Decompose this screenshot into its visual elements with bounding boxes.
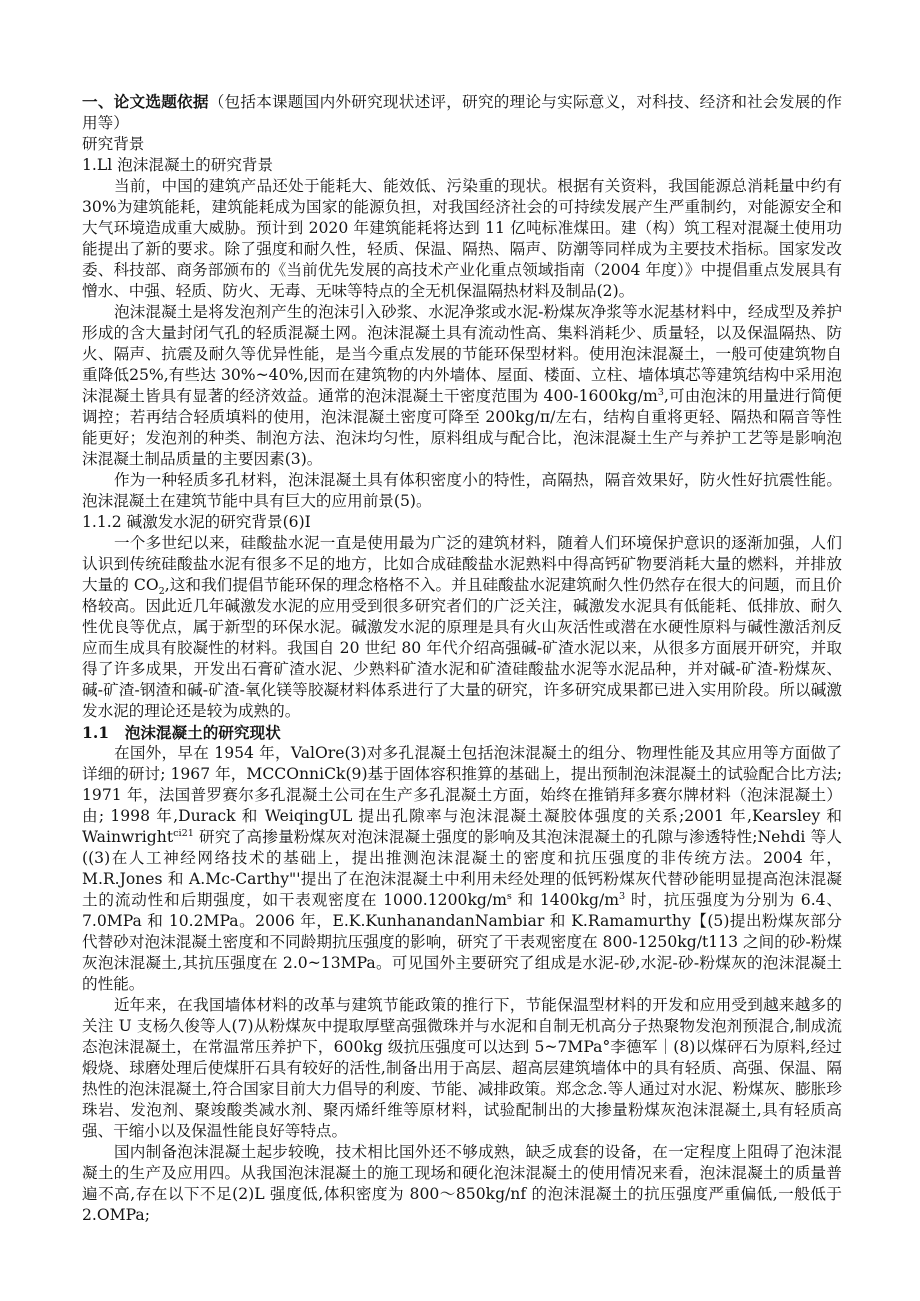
heading-research-status: 1.1 泡沫混凝土的研究现状 xyxy=(82,722,842,743)
text-run: 和 1400kg/m xyxy=(512,891,619,909)
heading-alkali-cement-background: 1.1.2 碱激发水泥的研究背景(6)I xyxy=(82,512,842,533)
superscript-citation: ci21 xyxy=(173,828,194,839)
label-research-background: 研究背景 xyxy=(82,134,842,155)
doc-title-emphasis: 一、论文选题依据 xyxy=(82,92,209,111)
paragraph-alkali-cement: 一个多世纪以来，硅酸盐水泥一直是使用最为广泛的建筑材料，随着人们环境保护意识的逐… xyxy=(82,533,842,722)
document-page: 一、论文选题依据（包括本课题国内外研究现状述评，研究的理论与实际意义，对科技、经… xyxy=(0,0,920,1301)
paragraph-foam-concrete-intro: 泡沫混凝土是将发泡剂产生的泡沫引入砂浆、水泥净浆或水泥-粉煤灰净浆等水泥基材料中… xyxy=(82,302,842,470)
paragraph-foreign-research: 在国外，早在 1954 年，ValOre(3)对多孔混凝土包括泡沫混凝土的组分、… xyxy=(82,743,842,995)
document-body: 一、论文选题依据（包括本课题国内外研究现状述评，研究的理论与实际意义，对科技、经… xyxy=(82,91,842,1226)
doc-title: 一、论文选题依据（包括本课题国内外研究现状述评，研究的理论与实际意义，对科技、经… xyxy=(82,91,842,134)
text-run: ,这和我们提倡节能环保的理念格格不入。并且硅酸盐水泥建筑耐久性仍然存在很大的问题… xyxy=(82,576,842,720)
paragraph-energy-status: 当前，中国的建筑产品还处于能耗大、能效低、污染重的现状。根据有关资料，我国能源总… xyxy=(82,176,842,302)
paragraph-lightweight-porous: 作为一种轻质多孔材料，泡沫混凝土具有体积密度小的特性，高隔热，隔音效果好，防火性… xyxy=(82,470,842,512)
paragraph-domestic-shortcomings: 国内制备泡沫混凝土起步较晚，技术相比国外还不够成熟，缺乏成套的设备，在一定程度上… xyxy=(82,1142,842,1226)
paragraph-domestic-research: 近年来，在我国墙体材料的改革与建筑节能政策的推行下，节能保温型材料的开发和应用受… xyxy=(82,995,842,1142)
heading-foam-concrete-background: 1.Ll 泡沫混凝土的研究背景 xyxy=(82,155,842,176)
